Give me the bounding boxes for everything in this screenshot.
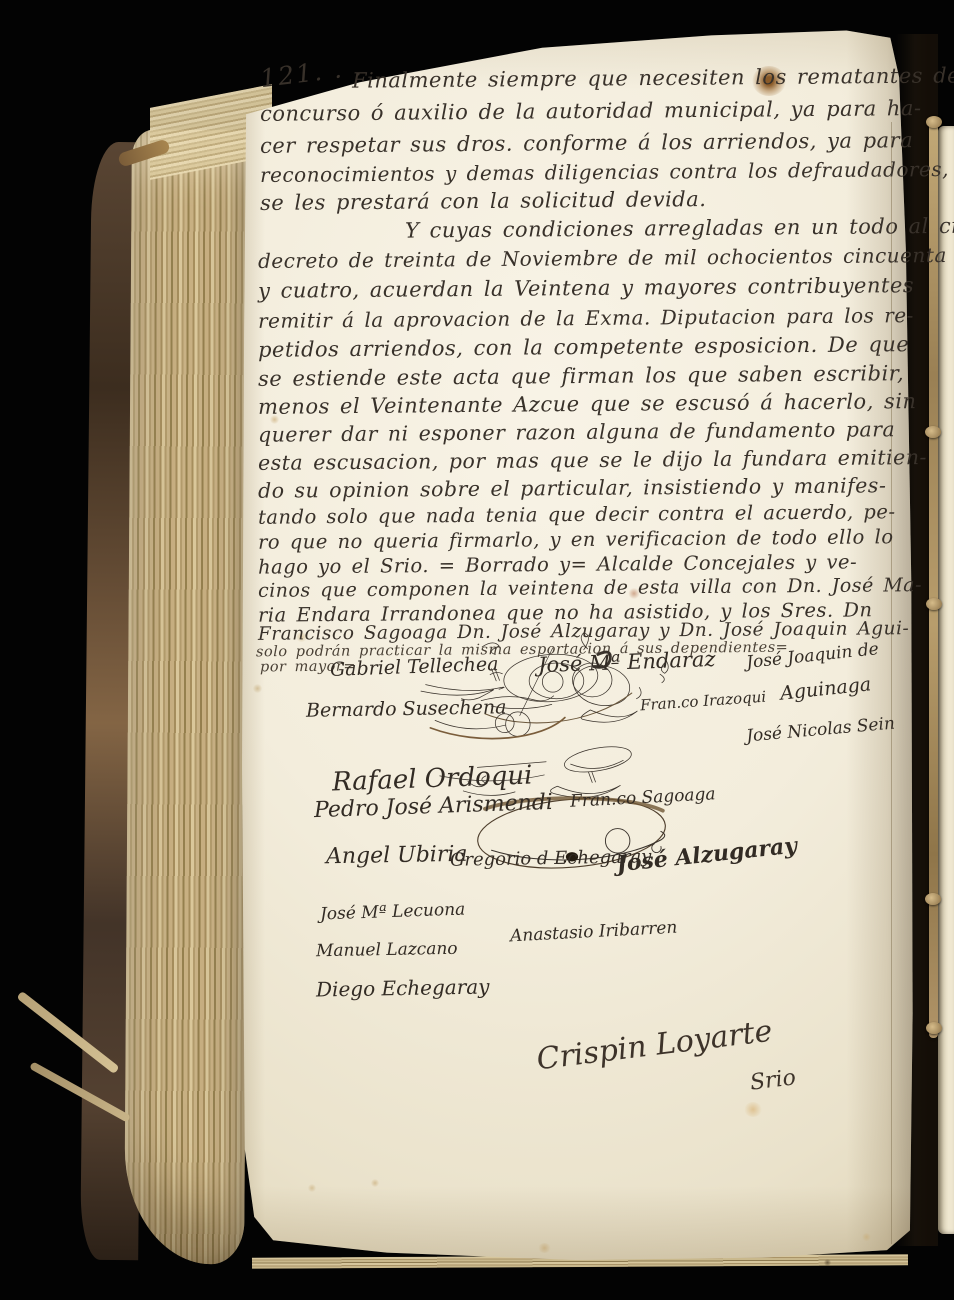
signature: Manuel Lazcano bbox=[316, 939, 458, 961]
iribarren-rubric bbox=[588, 772, 595, 783]
stain bbox=[253, 684, 262, 693]
arismendi-brown-swoosh bbox=[430, 718, 565, 739]
text-line: Y cuyas condiciones arregladas en un tod… bbox=[405, 213, 954, 242]
alzugaray-rubric bbox=[563, 742, 634, 776]
manuscript-photo: 121. . . Finalmente siempre que necesite… bbox=[0, 0, 954, 1300]
endaraz-tail bbox=[581, 633, 588, 650]
signature: Angel Ubiria bbox=[326, 842, 468, 869]
stain bbox=[538, 1243, 551, 1253]
alzugaray-rubric bbox=[571, 760, 624, 768]
signature: Bernardo Susechena bbox=[306, 696, 507, 721]
stain bbox=[862, 1233, 871, 1241]
cord-knot bbox=[925, 426, 941, 438]
signature: Diego Echegaray bbox=[316, 974, 490, 1001]
text-line: se les prestará con la solicitud devida. bbox=[260, 187, 707, 215]
cord-knot bbox=[926, 116, 942, 128]
sagoaga-tail bbox=[581, 710, 637, 722]
cord-knot bbox=[926, 598, 942, 610]
page-edges-stack bbox=[124, 130, 252, 1265]
stain bbox=[824, 1259, 831, 1266]
arismendi-loops bbox=[506, 712, 530, 736]
